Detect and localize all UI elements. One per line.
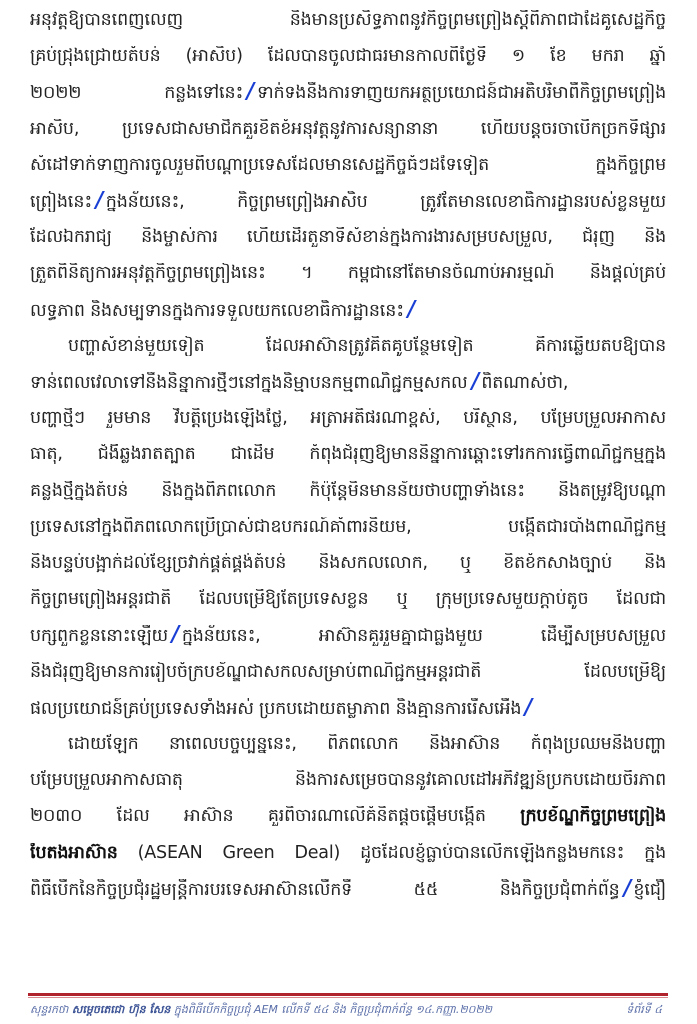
text-segment: ទាក់ទងនឹងការទាញយកអត្ថប្រយោជន៍ជាអតិបរិមាព… bbox=[257, 83, 666, 103]
text-segment: ខ្ញុំជឿ bbox=[633, 880, 666, 900]
text-segment: លទ្ធភាព និងសម្បទានក្នុងការទទួលយកលេខាធិកា… bbox=[30, 301, 404, 321]
footer-rule bbox=[28, 993, 668, 996]
slash-annotation-icon: / bbox=[93, 191, 104, 211]
document-page: អនុវត្តឱ្យបានពេញលេញ និងមានប្រសិទ្ធភាពនូវ… bbox=[0, 0, 697, 1024]
text-line: បញ្ហាសំខាន់មួយទៀត ដែលអាស៊ានត្រូវគិតគូបន្… bbox=[68, 336, 666, 356]
text-line: និងបន្ទប់បង្អាក់ដល់ខ្សែច្រវាក់ផ្គត់ផ្គង់… bbox=[30, 553, 666, 573]
slash-annotation-icon: / bbox=[244, 82, 255, 102]
text-line: លទ្ធភាព និងសម្បទានក្នុងការទទួលយកលេខាធិកា… bbox=[30, 300, 666, 321]
text-segment: ២០៣០ ដែល អាស៊ាន គួរពិចារណាលើគំនិតផ្តួចផ្… bbox=[30, 806, 486, 826]
text-line: គន្លងថ្មីក្នុងតំបន់ និងក្នុងពិភពលោក ក៏ប៉… bbox=[30, 481, 666, 501]
slash-annotation-icon: / bbox=[621, 879, 632, 899]
slash-annotation-icon: / bbox=[469, 372, 480, 392]
text-segment: ពិតណាស់ថា, bbox=[481, 373, 568, 393]
text-line: បម្រែបម្រួលអាកាសធាតុ និងការសម្រេចបាននូវគ… bbox=[30, 770, 666, 790]
text-line: ធាតុ, ជំងឺឆ្លងរាតត្បាត ជាដើម កំពុងជំរុញឱ… bbox=[30, 444, 666, 464]
text-line: គ្រប់ជ្រុងជ្រោយតំបន់ (អាសិប) ដែលបានចូលជា… bbox=[30, 46, 666, 66]
text-line: ពិធីបើកនៃកិច្ចប្រជុំរដ្ឋមន្ត្រីការបរទេសអ… bbox=[30, 879, 666, 900]
english-term: (ASEAN Green Deal) bbox=[118, 843, 360, 863]
text-line: អនុវត្តឱ្យបានពេញលេញ និងមានប្រសិទ្ធភាពនូវ… bbox=[30, 10, 666, 30]
slash-annotation-icon: / bbox=[523, 698, 534, 718]
text-line: សំដៅទាក់ទាញការចូលរួមពីបណ្តាប្រទេសដែលមានស… bbox=[30, 155, 666, 175]
slash-annotation-icon: / bbox=[405, 300, 416, 320]
text-line: ដោយឡែក នាពេលបច្ចុប្បន្ននេះ, ពិភពលោក និងអ… bbox=[68, 734, 666, 754]
text-segment: ពិធីបើកនៃកិច្ចប្រជុំរដ្ឋមន្ត្រីការបរទេសអ… bbox=[30, 880, 620, 900]
text-segment: ព្រៀងនេះ bbox=[30, 192, 92, 212]
text-line: ២០២២ កន្លងទៅនេះ/ទាក់ទងនឹងការទាញយកអត្ថប្រ… bbox=[30, 82, 666, 103]
text-line: បញ្ហាថ្មីៗ រួមមាន វិបត្តិប្រេងឡើងថ្លៃ, អ… bbox=[30, 408, 666, 428]
text-line: និងជំរុញឱ្យមានការរៀបចំក្របខ័ណ្ឌជាសកលសម្រ… bbox=[30, 662, 666, 682]
bold-term: បៃតងអាស៊ាន bbox=[30, 843, 118, 863]
text-line: ទាន់ពេលវេលាទៅនឹងនិន្នាការថ្មីៗនៅក្នុងនិម… bbox=[30, 372, 666, 393]
text-line: ប្រទេសនៅក្នុងពិភពលោកប្រើប្រាស់ជាឧបករណ៍គា… bbox=[30, 517, 666, 537]
text-line: ត្រួតពិនិត្យការអនុវត្តកិច្ចព្រមព្រៀងនេះ … bbox=[30, 263, 666, 283]
text-segment: ផលប្រយោជន៍គ្រប់ប្រទេសទាំងអស់ ប្រកបដោយតម្… bbox=[30, 699, 521, 719]
text-line: បៃតងអាស៊ាន (ASEAN Green Deal) ដូចដែលខ្ញុ… bbox=[30, 843, 666, 863]
text-line: អាសិប, ប្រទេសជាសមាជិកគួរខិតខំអនុវត្តនូវក… bbox=[30, 119, 666, 139]
slash-annotation-icon: / bbox=[169, 625, 180, 645]
text-segment: ក្នុងន័យនេះ, កិច្ចព្រមព្រៀងអាសិប ត្រូវតែ… bbox=[106, 192, 666, 212]
text-line: កិច្ចព្រមព្រៀងអន្តរជាតិ ដែលបម្រើឱ្យតែប្រ… bbox=[30, 589, 666, 609]
text-line: ផលប្រយោជន៍គ្រប់ប្រទេសទាំងអស់ ប្រកបដោយតម្… bbox=[30, 698, 666, 719]
text-segment: ២០២២ កន្លងទៅនេះ bbox=[30, 83, 243, 103]
bold-term: ក្របខ័ណ្ឌកិច្ចព្រមព្រៀង bbox=[520, 806, 666, 826]
page-number: ទំព័រទី ៤ bbox=[626, 1003, 662, 1019]
footer-suffix: ក្នុងពិធីបើកកិច្ចប្រជុំ AEM លើកទី ៥៤ និង… bbox=[170, 1003, 492, 1016]
footer-rule-thin bbox=[28, 997, 668, 998]
text-line: បក្សពួកខ្លួននោះឡើយ/ក្នុងន័យនេះ, អាស៊ានគួ… bbox=[30, 625, 666, 646]
text-segment: បក្សពួកខ្លួននោះឡើយ bbox=[30, 626, 168, 646]
text-line: ២០៣០ ដែល អាស៊ាន គួរពិចារណាលើគំនិតផ្តួចផ្… bbox=[30, 806, 666, 826]
text-segment: ដូចដែលខ្ញុំធ្លាប់បានលើកឡើងកន្លងមកនេះ ក្ន… bbox=[360, 843, 666, 863]
footer-caption: សុន្ទរកថា សម្តេចតេជោ ហ៊ុន សែន ក្នុងពិធីប… bbox=[30, 1003, 492, 1019]
text-segment: ទាន់ពេលវេលាទៅនឹងនិន្នាការថ្មីៗនៅក្នុងនិម… bbox=[30, 373, 468, 393]
text-line: ព្រៀងនេះ/ក្នុងន័យនេះ, កិច្ចព្រមព្រៀងអាសិ… bbox=[30, 191, 666, 212]
footer-prefix: សុន្ទរកថា bbox=[30, 1003, 72, 1016]
footer-speaker: សម្តេចតេជោ ហ៊ុន សែន bbox=[72, 1003, 170, 1016]
text-segment: ក្នុងន័យនេះ, អាស៊ានគួររួមគ្នាជាធ្លុងមួយ … bbox=[182, 626, 666, 646]
text-line: ដែលឯករាជ្យ និងម្ចាស់ការ ហើយដើរតួនាទីសំខា… bbox=[30, 227, 666, 247]
